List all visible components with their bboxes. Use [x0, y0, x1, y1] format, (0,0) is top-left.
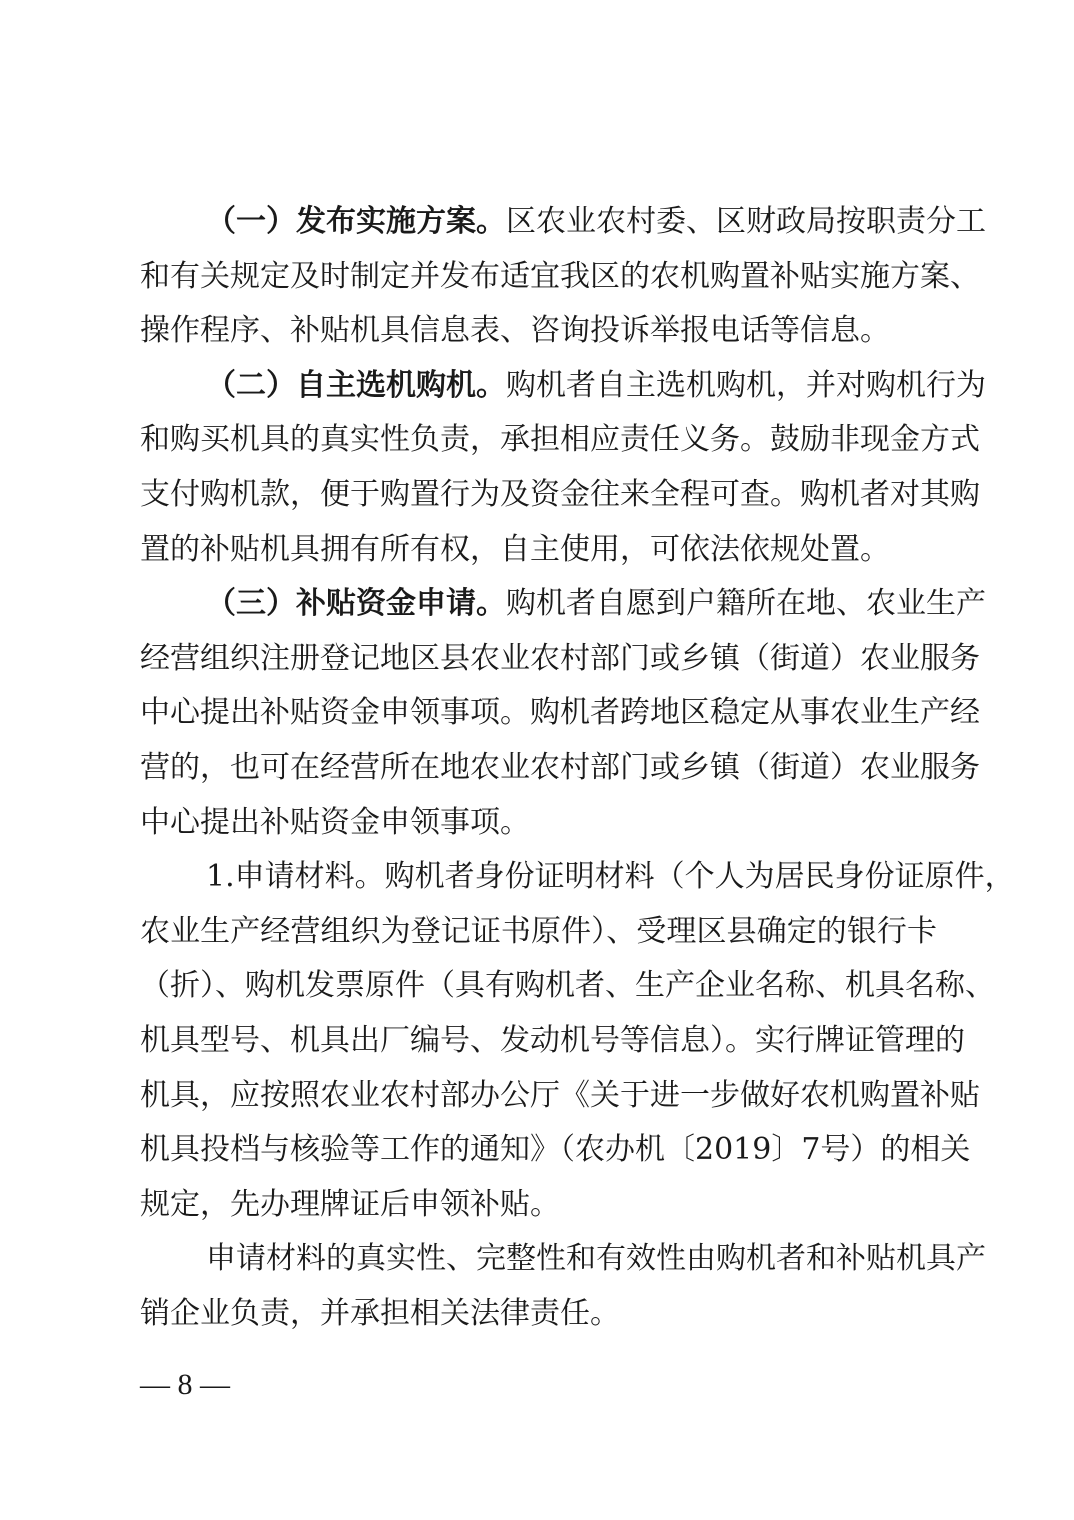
- text-line: 规定，先办理牌证后申领补贴。: [140, 1178, 937, 1233]
- section-heading: （三）补贴资金申请。: [206, 586, 506, 621]
- text-line: 操作程序、补贴机具信息表、咨询投诉举报电话等信息。: [140, 304, 937, 359]
- text-line: 支付购机款，便于购置行为及资金往来全程可查。购机者对其购: [140, 468, 937, 523]
- text-line: 农业生产经营组织为登记证书原件）、受理区县确定的银行卡: [140, 905, 937, 960]
- page-number: — 8 —: [140, 1368, 230, 1402]
- text-line: 机具投档与核验等工作的通知》（农办机〔2019〕7号）的相关: [140, 1123, 937, 1178]
- document-body: （一）发布实施方案。区农业农村委、区财政局按职责分工 和有关规定及时制定并发布适…: [140, 195, 937, 1341]
- text-line: 中心提出补贴资金申领事项。: [140, 796, 937, 851]
- text-line: 销企业负责，并承担相关法律责任。: [140, 1287, 937, 1342]
- text-line: 机具型号、机具出厂编号、发动机号等信息）。实行牌证管理的: [140, 1014, 937, 1069]
- text-line: （一）发布实施方案。区农业农村委、区财政局按职责分工: [140, 195, 937, 250]
- section-heading: （一）发布实施方案。: [206, 204, 506, 239]
- text-line: 营的，也可在经营所在地农业农村部门或乡镇（街道）农业服务: [140, 741, 937, 796]
- text-line: （二）自主选机购机。购机者自主选机购机，并对购机行为: [140, 359, 937, 414]
- paragraph-application-materials: 1.申请材料。购机者身份证明材料（个人为居民身份证原件， 农业生产经营组织为登记…: [140, 850, 937, 1232]
- text-line: （三）补贴资金申请。购机者自愿到户籍所在地、农业生产: [140, 577, 937, 632]
- text-line: 和有关规定及时制定并发布适宜我区的农机购置补贴实施方案、: [140, 250, 937, 305]
- paragraph-choose-machine: （二）自主选机购机。购机者自主选机购机，并对购机行为 和购买机具的真实性负责，承…: [140, 359, 937, 577]
- section-heading: （二）自主选机购机。: [206, 368, 506, 403]
- text-line: 机具，应按照农业农村部办公厅《关于进一步做好农机购置补贴: [140, 1069, 937, 1124]
- paragraph-subsidy-application: （三）补贴资金申请。购机者自愿到户籍所在地、农业生产 经营组织注册登记地区县农业…: [140, 577, 937, 850]
- text-line: 申请材料的真实性、完整性和有效性由购机者和补贴机具产: [140, 1232, 937, 1287]
- paragraph-responsibility: 申请材料的真实性、完整性和有效性由购机者和补贴机具产 销企业负责，并承担相关法律…: [140, 1232, 937, 1341]
- text-line: 中心提出补贴资金申领事项。购机者跨地区稳定从事农业生产经: [140, 686, 937, 741]
- text-line: 置的补贴机具拥有所有权，自主使用，可依法依规处置。: [140, 523, 937, 578]
- text-line: 1.申请材料。购机者身份证明材料（个人为居民身份证原件，: [140, 850, 937, 905]
- text-line: （折）、购机发票原件（具有购机者、生产企业名称、机具名称、: [140, 959, 937, 1014]
- paragraph-publish-plan: （一）发布实施方案。区农业农村委、区财政局按职责分工 和有关规定及时制定并发布适…: [140, 195, 937, 359]
- text-line: 和购买机具的真实性负责，承担相应责任义务。鼓励非现金方式: [140, 413, 937, 468]
- text-line: 经营组织注册登记地区县农业农村部门或乡镇（街道）农业服务: [140, 632, 937, 687]
